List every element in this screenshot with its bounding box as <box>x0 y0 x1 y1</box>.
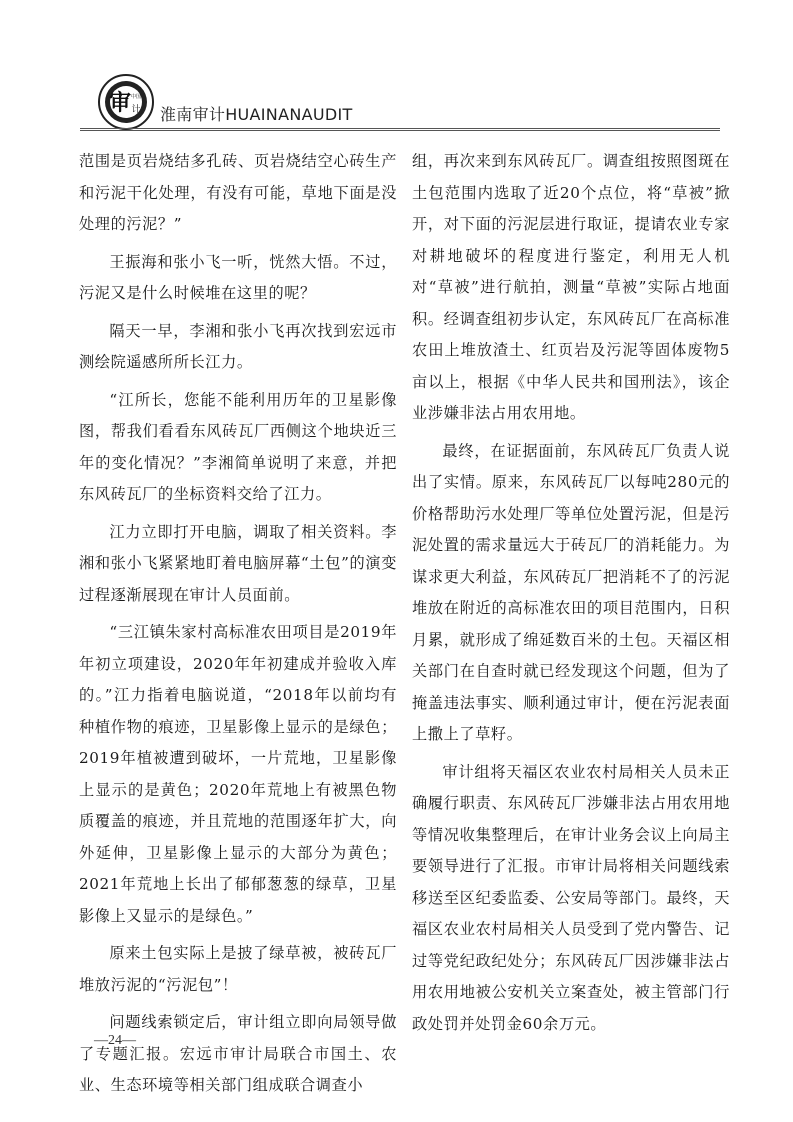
right-column: 组，再次来到东风砖瓦厂。调查组按照图斑在土包范围内选取了近20个点位，将“草被”… <box>412 146 730 1046</box>
paragraph: 隔天一早，李湘和张小飞再次找到宏远市测绘院遥感所所长江力。 <box>79 316 397 379</box>
paragraph: 最终，在证据面前，东风砖瓦厂负责人说出了实情。原来，东风砖瓦厂以每吨280元的价… <box>412 436 730 751</box>
paragraph: “三江镇朱家村高标准农田项目是2019年年初立项建设，2020年年初建成并验收入… <box>79 617 397 932</box>
paragraph: 王振海和张小飞一听，恍然大悟。不过，污泥又是什么时候堆在这里的呢？ <box>79 247 397 310</box>
paragraph: 审计组将天福区农业农村局相关人员未正确履行职责、东风砖瓦厂涉嫌非法占用农用地等情… <box>412 757 730 1041</box>
svg-text:计: 计 <box>131 103 140 115</box>
paragraph: 范围是页岩烧结多孔砖、页岩烧结空心砖生产和污泥干化处理，有没有可能，草地下面是没… <box>79 146 397 241</box>
paragraph: 江力立即打开电脑，调取了相关资料。李湘和张小飞紧紧地盯着电脑屏幕“土包”的演变过… <box>79 517 397 612</box>
paragraph: 组，再次来到东风砖瓦厂。调查组按照图斑在土包范围内选取了近20个点位，将“草被”… <box>412 146 730 430</box>
svg-text:中国: 中国 <box>131 93 141 100</box>
svg-text:审: 审 <box>109 90 131 116</box>
paragraph: 问题线索锁定后，审计组立即向局领导做了专题汇报。宏远市审计局联合市国土、农业、生… <box>79 1007 397 1102</box>
publication-brand: 淮南审计HUAINANAUDIT <box>160 102 353 125</box>
page-number: —24— <box>94 1033 136 1049</box>
paragraph: 原来土包实际上是披了绿草被，被砖瓦厂堆放污泥的“污泥包”！ <box>79 938 397 1001</box>
page-header: 审 计 中国 淮南审计HUAINANAUDIT <box>80 72 720 130</box>
left-column: 范围是页岩烧结多孔砖、页岩烧结空心砖生产和污泥干化处理，有没有可能，草地下面是没… <box>79 146 397 1108</box>
audit-seal-logo-icon: 审 计 中国 <box>98 74 154 130</box>
paragraph: “江所长，您能不能利用历年的卫星影像图，帮我们看看东风砖瓦厂西侧这个地块近三年的… <box>79 385 397 511</box>
header-divider <box>80 128 720 131</box>
